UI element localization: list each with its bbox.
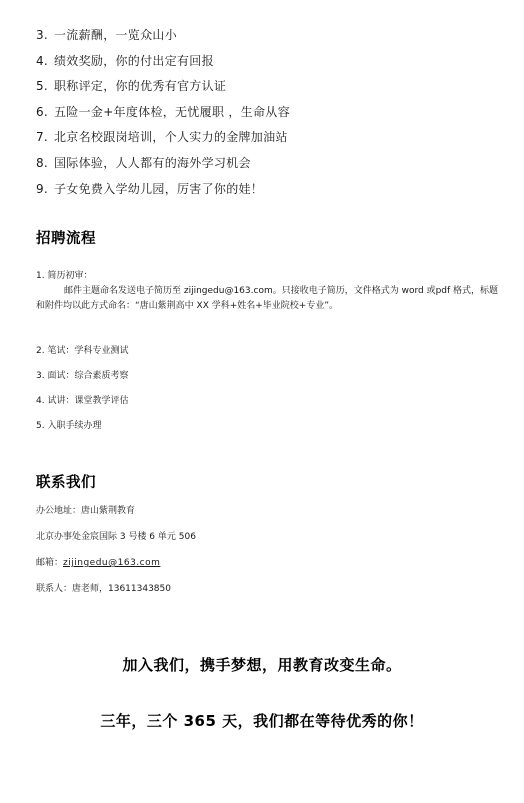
benefit-item: 9.子女免费入学幼儿园，厉害了你的娃！	[36, 181, 290, 207]
benefit-text: 北京名校跟岗培训，个人实力的金牌加油站	[54, 130, 288, 144]
benefit-number: 8.	[36, 155, 54, 171]
contact-person: 联系人：唐老师，13611343850	[36, 581, 171, 594]
benefit-text: 五险一金+年度体检，无忧履职 ，生命从容	[54, 105, 290, 119]
benefits-list: 3.一流薪酬，一览众山小 4.绩效奖励，你的付出定有回报 5.职称评定，你的优秀…	[36, 27, 290, 206]
beijing-office-address: 北京办事处金宸国际 3 号楼 6 单元 506	[36, 529, 196, 542]
slogan-line-1: 加入我们，携手梦想，用教育改变生命。	[0, 654, 524, 675]
office-address: 办公地址：唐山紫荆教育	[36, 503, 135, 516]
benefit-text: 绩效奖励，你的付出定有回报	[54, 54, 214, 68]
benefit-number: 4.	[36, 53, 54, 69]
contact-us-heading: 联系我们	[36, 471, 96, 492]
benefit-item: 4.绩效奖励，你的付出定有回报	[36, 53, 290, 79]
process-step: 5. 入职手续办理	[36, 418, 101, 431]
benefit-item: 5.职称评定，你的优秀有官方认证	[36, 78, 290, 104]
benefit-text: 国际体验，人人都有的海外学习机会	[54, 156, 251, 170]
email-label: 邮箱：	[36, 558, 63, 568]
email-row: 邮箱：zijingedu@163.com	[36, 555, 160, 568]
benefit-number: 5.	[36, 78, 54, 94]
benefit-item: 7.北京名校跟岗培训，个人实力的金牌加油站	[36, 129, 290, 155]
benefit-number: 6.	[36, 104, 54, 120]
benefit-item: 6.五险一金+年度体检，无忧履职 ，生命从容	[36, 104, 290, 130]
step1-title: 1. 简历初审：	[36, 269, 496, 284]
benefit-item: 8.国际体验，人人都有的海外学习机会	[36, 155, 290, 181]
process-step: 3. 面试：综合素质考察	[36, 368, 128, 381]
resume-review-step: 1. 简历初审： 邮件主题命名发送电子简历至 zijingedu@163.com…	[36, 269, 496, 314]
email-link[interactable]: zijingedu@163.com	[63, 558, 160, 568]
benefit-text: 子女免费入学幼儿园，厉害了你的娃！	[54, 182, 263, 196]
benefit-number: 3.	[36, 27, 54, 43]
benefit-number: 7.	[36, 129, 54, 145]
benefit-text: 职称评定，你的优秀有官方认证	[54, 79, 226, 93]
benefit-number: 9.	[36, 181, 54, 197]
process-step: 2. 笔试：学科专业测试	[36, 343, 128, 356]
benefit-text: 一流薪酬，一览众山小	[54, 28, 177, 42]
recruitment-process-heading: 招聘流程	[36, 227, 96, 248]
benefit-item: 3.一流薪酬，一览众山小	[36, 27, 290, 53]
slogan-line-2: 三年，三个 365 天，我们都在等待优秀的你！	[0, 710, 524, 731]
step1-body: 邮件主题命名发送电子简历至 zijingedu@163.com。只接收电子简历，…	[36, 284, 500, 314]
process-step: 4. 试讲：课堂教学评估	[36, 393, 128, 406]
